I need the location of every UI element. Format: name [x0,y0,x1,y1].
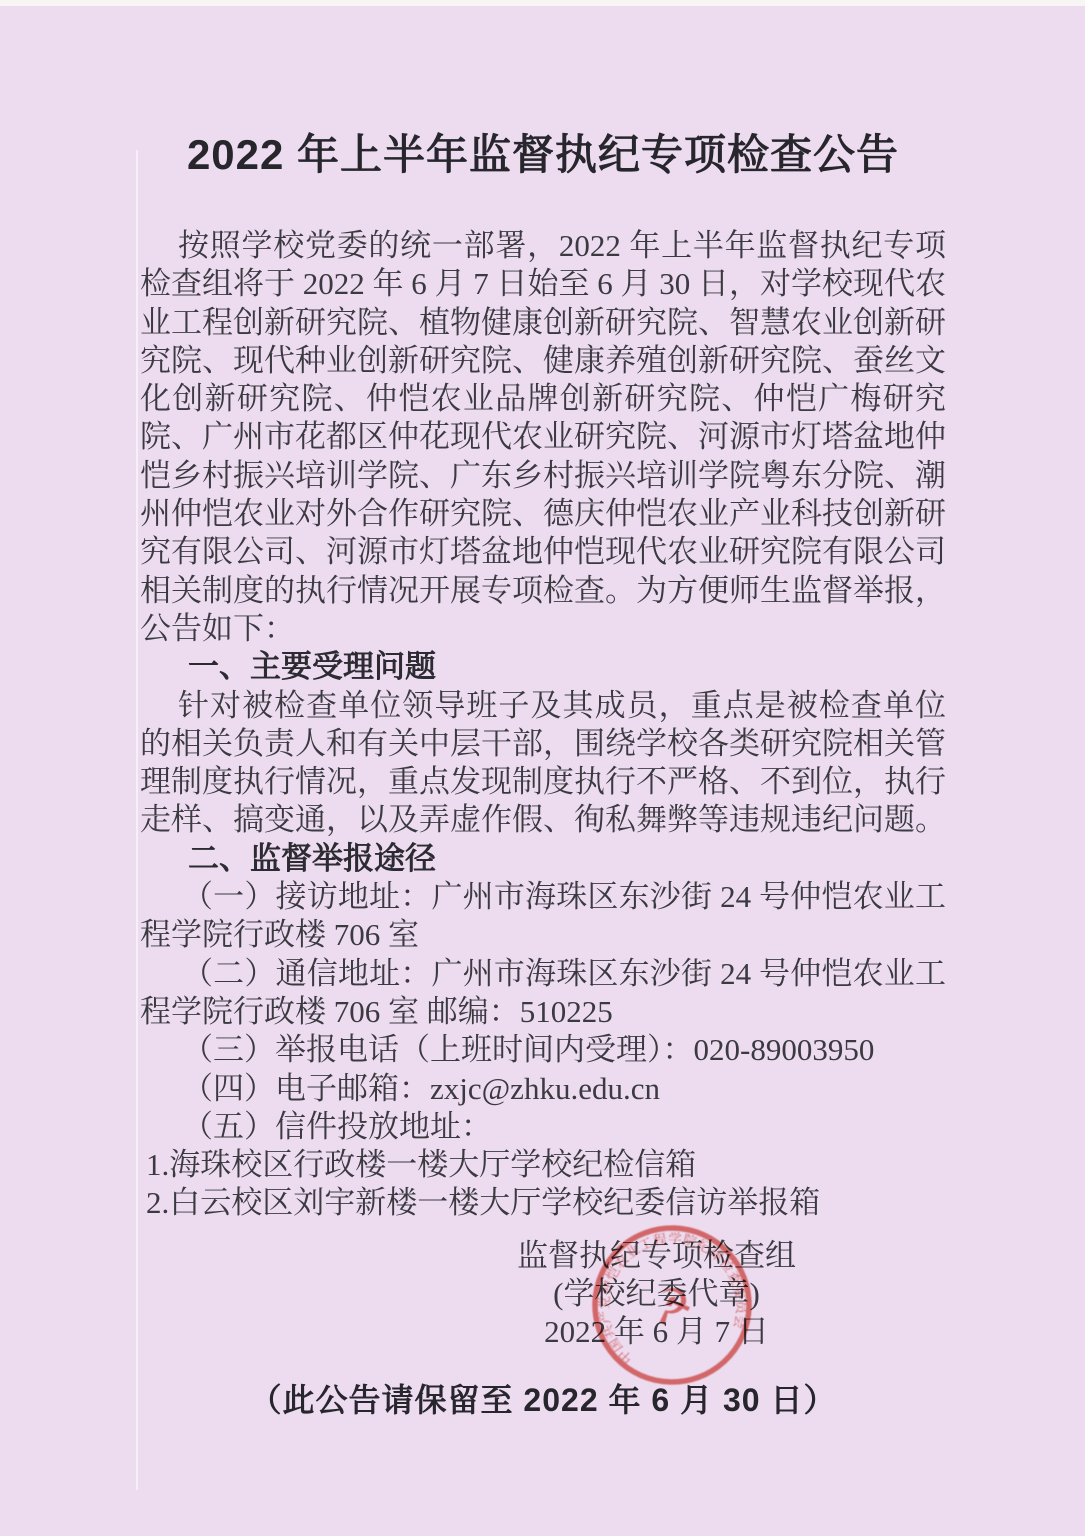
section2-heading: 二、监督举报途径 [140,840,946,878]
contact-mail-address: （二）通信地址：广州市海珠区东沙街 24 号仲恺农业工程学院行政楼 706 室 … [140,955,946,1032]
scan-crease-line [136,150,138,1490]
contact-phone: （三）举报电话（上班时间内受理）：020-89003950 [140,1031,946,1069]
retention-notice: （此公告请保留至 2022 年 6 月 30 日） [140,1378,946,1422]
mailbox-location-2: 2.白云校区刘宇新楼一楼大厅学校纪委信访举报箱 [140,1184,946,1222]
section1-heading: 一、主要受理问题 [140,648,946,686]
document-content: 2022 年上半年监督执纪专项检查公告 按照学校党委的统一部署，2022 年上半… [140,0,946,1422]
announcement-page: 2022 年上半年监督执纪专项检查公告 按照学校党委的统一部署，2022 年上半… [0,0,1085,1536]
intro-paragraph: 按照学校党委的统一部署，2022 年上半年监督执纪专项检查组将于 2022 年 … [140,227,946,648]
mailbox-drop-heading: （五）信件投放地址： [140,1108,946,1146]
section1-body: 针对被检查单位领导班子及其成员，重点是被检查单位的相关负责人和有关中层干部，围绕… [140,687,946,840]
mailbox-location-1: 1.海珠校区行政楼一楼大厅学校纪检信箱 [140,1146,946,1184]
hammer-sickle-icon: ☭ [645,1275,699,1338]
page-title: 2022 年上半年监督执纪专项检查公告 [140,128,946,182]
contact-email: （四）电子邮箱：zxjc@zhku.edu.cn [140,1070,946,1108]
contact-visit-address: （一）接访地址：广州市海珠区东沙街 24 号仲恺农业工程学院行政楼 706 室 [140,878,946,955]
